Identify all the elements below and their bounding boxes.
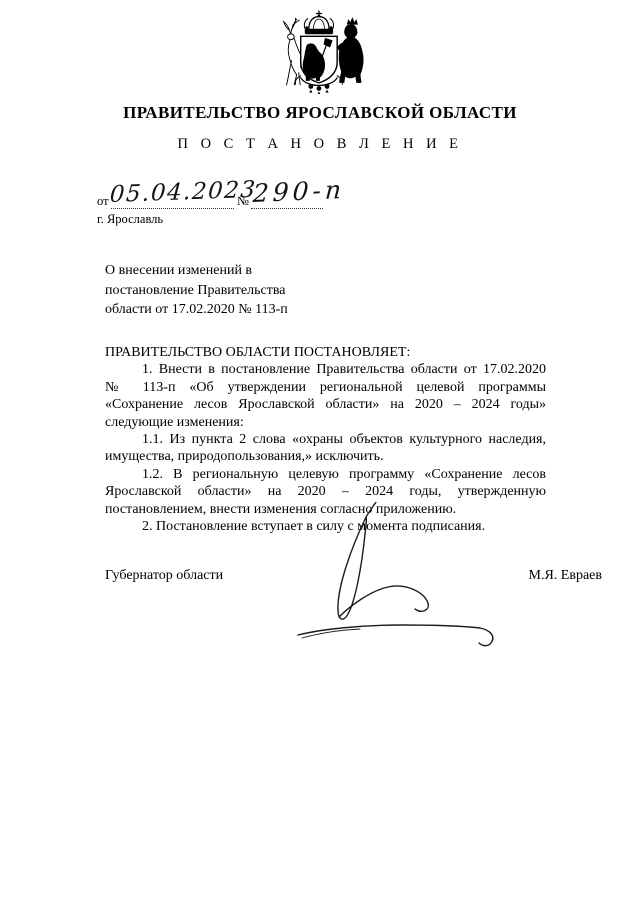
paragraph-1-1: 1.1. Из пункта 2 слова «охраны объектов … bbox=[105, 431, 546, 466]
signer-name: М.Я. Евраев bbox=[529, 568, 603, 584]
handwritten-number: 290-п bbox=[252, 175, 346, 208]
coat-of-arms-yaroslavl-oblast-icon bbox=[276, 10, 372, 94]
handwritten-signature-icon bbox=[292, 502, 502, 652]
subject-block: О внесении изменений в постановление Пра… bbox=[105, 261, 355, 320]
crown-icon bbox=[304, 11, 333, 34]
city-label: г. Ярославль bbox=[97, 212, 163, 227]
date-fill-line bbox=[111, 208, 234, 209]
number-fill-line bbox=[251, 208, 323, 209]
resolution-header: ПРАВИТЕЛЬСТВО ОБЛАСТИ ПОСТАНОВЛЯЕТ: bbox=[105, 344, 546, 361]
handwritten-date: 05.04.2023 bbox=[109, 177, 257, 208]
decree-document-page: ПРАВИТЕЛЬСТВО ЯРОСЛАВСКОЙ ОБЛАСТИ П О С … bbox=[0, 0, 640, 905]
signer-position: Губернатор области bbox=[105, 568, 223, 584]
authority-title: ПРАВИТЕЛЬСТВО ЯРОСЛАВСКОЙ ОБЛАСТИ bbox=[0, 103, 640, 123]
number-sign-label: № bbox=[237, 194, 249, 209]
paragraph-1: 1. Внести в постановление Правительства … bbox=[105, 361, 546, 431]
deer-supporter-icon bbox=[284, 18, 301, 85]
subject-line: области от 17.02.2020 № 113-п bbox=[105, 300, 355, 320]
date-prefix-label: от bbox=[97, 194, 109, 209]
document-type-title: П О С Т А Н О В Л Е Н И Е bbox=[0, 136, 640, 153]
subject-line: постановление Правительства bbox=[105, 281, 355, 301]
subject-line: О внесении изменений в bbox=[105, 261, 355, 281]
bear-supporter-icon bbox=[337, 17, 363, 83]
bear-crown-icon bbox=[347, 17, 358, 25]
